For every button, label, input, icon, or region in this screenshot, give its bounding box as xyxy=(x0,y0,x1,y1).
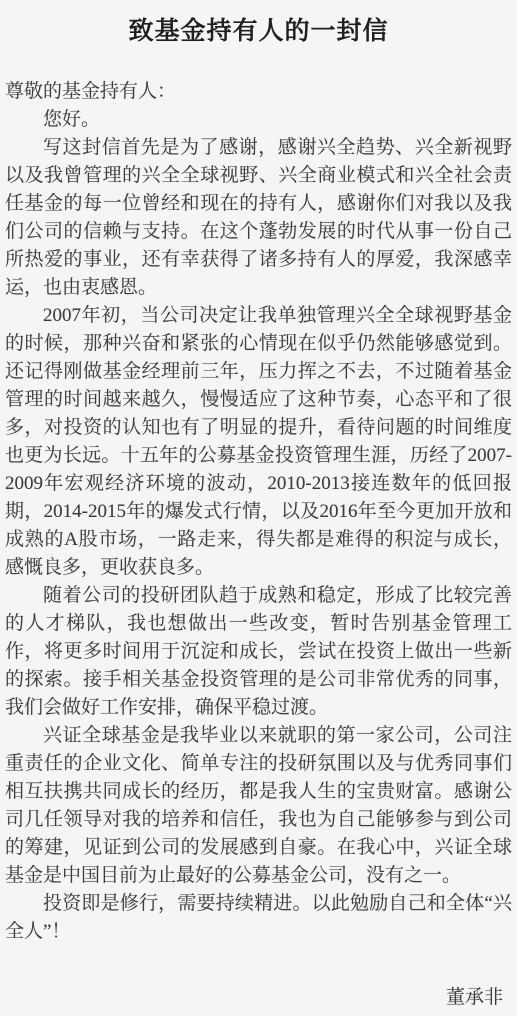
letter-page: 致基金持有人的一封信 尊敬的基金持有人： 您好。 写这封信首先是为了感谢，感谢兴… xyxy=(0,0,517,1016)
letter-paragraph-3: 随着公司的投研团队趋于成熟和稳定，形成了比较完善的人才梯队，我也想做出一些改变，… xyxy=(5,582,512,722)
salutation: 尊敬的基金持有人： xyxy=(5,78,512,106)
signature: 董承非 xyxy=(5,984,512,1012)
letter-paragraph-2: 2007年初，当公司决定让我单独管理兴全全球视野基金的时候，那种兴奋和紧张的心情… xyxy=(5,302,512,582)
letter-paragraph-5: 投资即是修行，需要持续精进。以此勉励自己和全体“兴全人”！ xyxy=(5,890,512,946)
greeting: 您好。 xyxy=(5,106,512,134)
letter-title: 致基金持有人的一封信 xyxy=(5,14,512,48)
letter-body: 尊敬的基金持有人： 您好。 写这封信首先是为了感谢，感谢兴全趋势、兴全新视野以及… xyxy=(5,78,512,946)
letter-paragraph-4: 兴证全球基金是我毕业以来就职的第一家公司，公司注重责任的企业文化、简单专注的投研… xyxy=(5,722,512,890)
letter-paragraph-1: 写这封信首先是为了感谢，感谢兴全趋势、兴全新视野以及我曾管理的兴全全球视野、兴全… xyxy=(5,134,512,302)
